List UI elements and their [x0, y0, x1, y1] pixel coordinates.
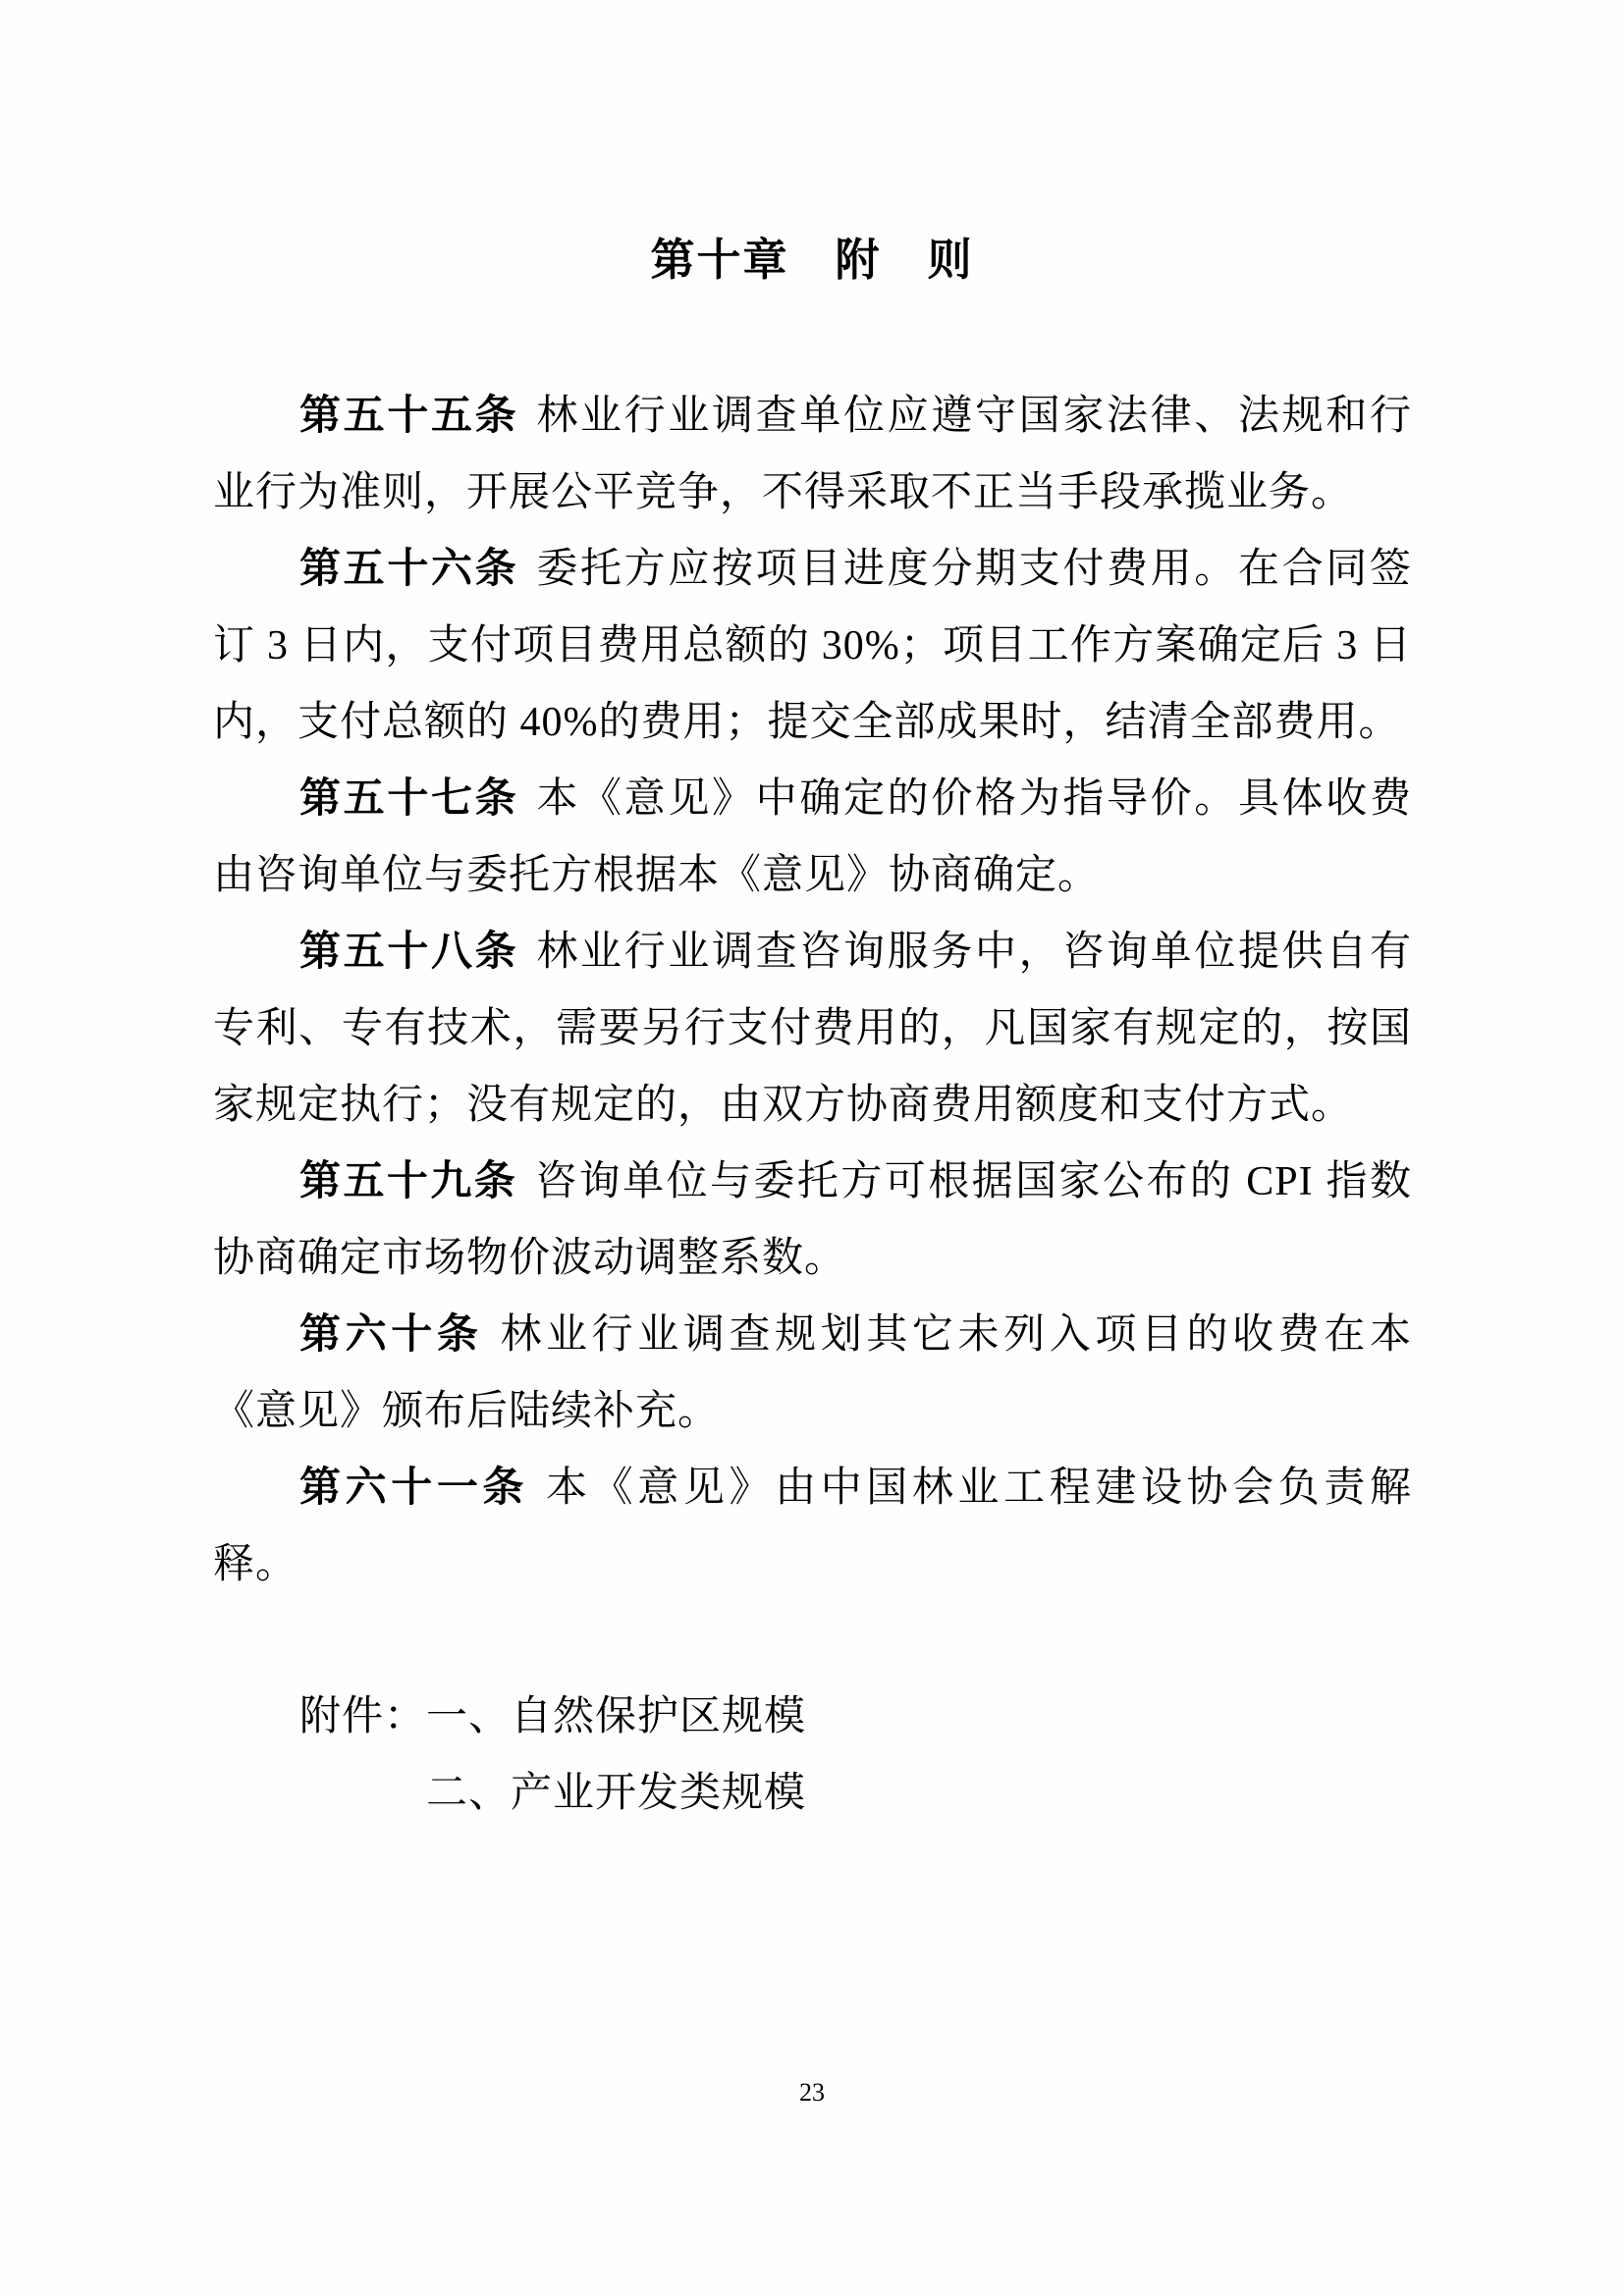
article-paragraph: 第五十七条本《意见》中确定的价格为指导价。具体收费由咨询单位与委托方根据本《意见… — [213, 761, 1412, 914]
article-number: 第五十九条 — [299, 1159, 517, 1204]
article-number: 第五十七条 — [299, 776, 518, 822]
document-page: 第十章 附 则 第五十五条林业行业调查单位应遵守国家法律、法规和行业行为准则，开… — [0, 0, 1624, 2296]
article-number: 第五十六条 — [299, 547, 518, 592]
attachment-item-text: 二、产业开发类规模 — [426, 1771, 806, 1816]
attachment-item: 二、产业开发类规模 — [426, 1755, 1412, 1832]
article-number: 第五十五条 — [299, 394, 518, 439]
page-number: 23 — [0, 2077, 1624, 2109]
attachment-item: 附件：一、自然保护区规模 — [299, 1679, 1412, 1755]
article-paragraph: 第五十九条咨询单位与委托方可根据国家公布的 CPI 指数协商确定市场物价波动调整… — [213, 1144, 1412, 1297]
article-paragraph: 第五十六条委托方应按项目进度分期支付费用。在合同签订 3 日内，支付项目费用总额… — [213, 531, 1412, 761]
article-number: 第六十条 — [299, 1312, 482, 1358]
attachment-item-text: 一、自然保护区规模 — [426, 1694, 806, 1739]
article-number: 第五十八条 — [299, 930, 518, 975]
article-paragraph: 第五十五条林业行业调查单位应遵守国家法律、法规和行业行为准则，开展公平竞争，不得… — [213, 378, 1412, 531]
article-paragraph: 第六十一条本《意见》由中国林业工程建设协会负责解释。 — [213, 1450, 1412, 1603]
article-paragraph: 第五十八条林业行业调查咨询服务中，咨询单位提供自有专利、专有技术，需要另行支付费… — [213, 914, 1412, 1144]
article-paragraph: 第六十条林业行业调查规划其它未列入项目的收费在本《意见》颁布后陆续补充。 — [213, 1297, 1412, 1450]
document-body: 第五十五条林业行业调查单位应遵守国家法律、法规和行业行为准则，开展公平竞争，不得… — [213, 378, 1412, 1832]
attachments-list: 附件：一、自然保护区规模 二、产业开发类规模 — [213, 1679, 1412, 1832]
article-number: 第六十一条 — [299, 1466, 528, 1511]
chapter-title: 第十章 附 则 — [0, 0, 1624, 285]
attachments-label: 附件： — [299, 1694, 426, 1739]
